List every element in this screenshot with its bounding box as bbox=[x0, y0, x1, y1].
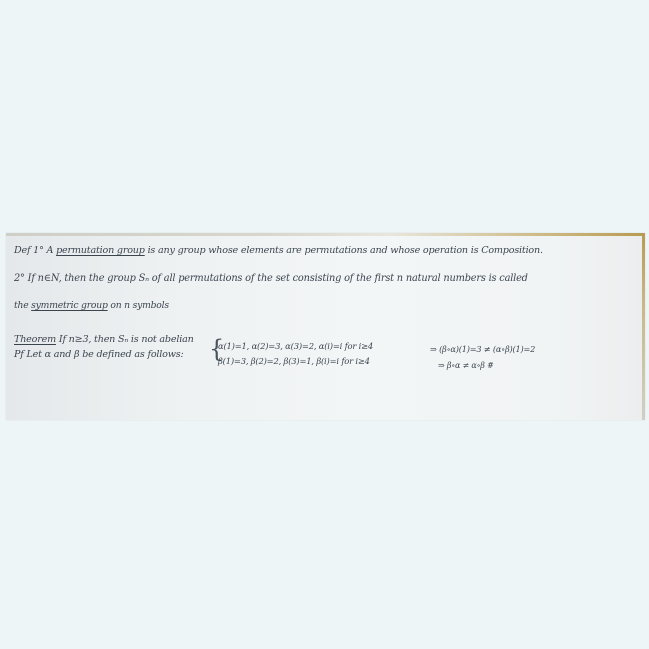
photo-canvas: Def 1° A permutation group is any group … bbox=[0, 0, 649, 649]
consequence-2: ⇒ β∘α ≠ α∘β # bbox=[438, 361, 494, 370]
paper-sheet: Def 1° A permutation group is any group … bbox=[6, 233, 645, 420]
beta-definition: β(1)=3, β(2)=2, β(3)=1, β(i)=i for i≥4 bbox=[218, 356, 370, 366]
definition-1: Def 1° A permutation group is any group … bbox=[14, 245, 543, 256]
def1-label: Def 1° A bbox=[14, 245, 56, 256]
theorem: Theorem If n≥3, then Sₙ is not abelian bbox=[14, 334, 194, 345]
alpha-definition: α(1)=1, α(2)=3, α(3)=2, α(i)=i for i≥4 bbox=[218, 341, 373, 351]
definition-2-continuation: the symmetric group on n symbols bbox=[14, 300, 169, 311]
def1-term: permutation group bbox=[56, 245, 145, 256]
def1-rest: is any group whose elements are permutat… bbox=[145, 245, 543, 256]
def2-cont-suffix: on n symbols bbox=[108, 300, 169, 311]
theorem-label: Theorem bbox=[14, 334, 56, 345]
def2-cont-prefix: the bbox=[14, 300, 31, 311]
paper-right-edge bbox=[642, 233, 645, 420]
theorem-text: If n≥3, then Sₙ is not abelian bbox=[56, 334, 194, 345]
proof-text: Pf Let α and β be defined as follows: bbox=[14, 349, 183, 360]
def2-text: 2° If n∈N, then the group Sₙ of all perm… bbox=[14, 273, 528, 284]
beta-def-text: β(1)=3, β(2)=2, β(3)=1, β(i)=i for i≥4 bbox=[218, 356, 370, 366]
consequence-2-text: ⇒ β∘α ≠ α∘β # bbox=[438, 361, 494, 370]
alpha-def-text: α(1)=1, α(2)=3, α(3)=2, α(i)=i for i≥4 bbox=[218, 341, 373, 351]
consequence-1: ⇒ (β∘α)(1)=3 ≠ (α∘β)(1)=2 bbox=[430, 344, 535, 354]
paper-top-edge bbox=[6, 233, 645, 236]
consequence-1-text: ⇒ (β∘α)(1)=3 ≠ (α∘β)(1)=2 bbox=[430, 344, 535, 354]
def2-term: symmetric group bbox=[31, 300, 107, 311]
definition-2: 2° If n∈N, then the group Sₙ of all perm… bbox=[14, 273, 528, 284]
proof-intro: Pf Let α and β be defined as follows: bbox=[14, 349, 183, 360]
